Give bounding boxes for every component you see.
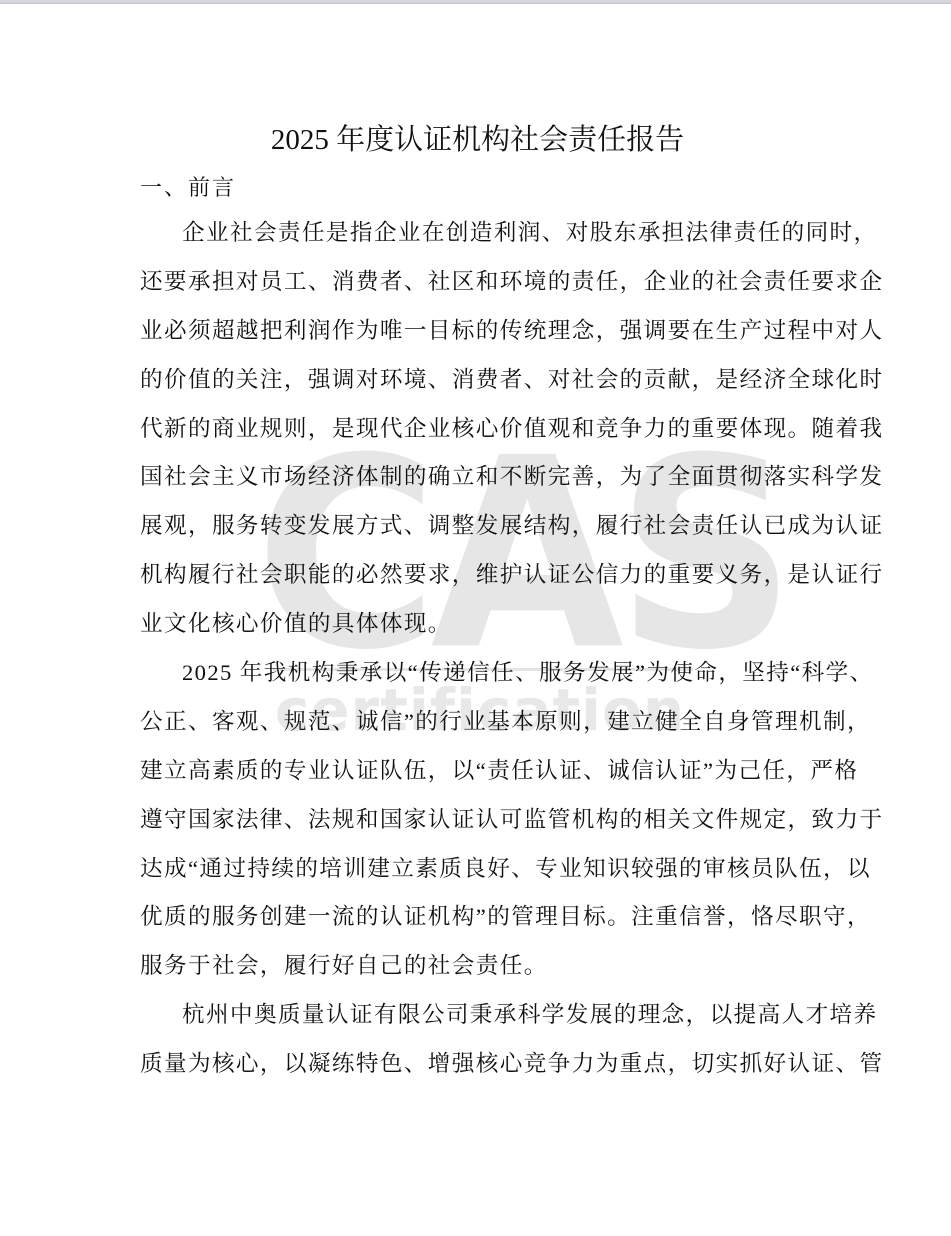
text-line: 机构履行社会职能的必然要求，维护认证公信力的重要义务，是认证行 — [140, 551, 815, 600]
text-line: 业必须超越把利润作为唯一目标的传统理念，强调要在生产过程中对人 — [140, 307, 815, 356]
text-line: 国社会主义市场经济体制的确立和不断完善，为了全面贯彻落实科学发 — [140, 453, 815, 502]
text-line: 质量为核心，以凝练特色、增强核心竞争力为重点，切实抓好认证、管 — [140, 1040, 815, 1089]
paragraph-2: 2025 年我机构秉承以“传递信任、服务发展”为使命，坚持“科学、 公正、客观、… — [140, 649, 815, 991]
text-line: 优质的服务创建一流的认证机构”的管理目标。注重信誉，恪尽职守， — [140, 893, 815, 942]
text-line: 达成“通过持续的培训建立素质良好、专业知识较强的审核员队伍，以 — [140, 845, 815, 894]
window-top-border — [0, 0, 951, 4]
text-line: 建立高素质的专业认证队伍，以“责任认证、诚信认证”为己任，严格 — [140, 747, 815, 796]
text-line: 代新的商业规则，是现代企业核心价值观和竞争力的重要体现。随着我 — [140, 405, 815, 454]
text-line: 的价值的关注，强调对环境、消费者、对社会的贡献，是经济全球化时 — [140, 356, 815, 405]
text-line: 公正、客观、规范、诚信”的行业基本原则，建立健全自身管理机制， — [140, 698, 815, 747]
section-heading-preface: 一、前言 — [140, 171, 236, 205]
document-title: 2025 年度认证机构社会责任报告 — [140, 120, 815, 160]
text-line: 杭州中奥质量认证有限公司秉承科学发展的理念，以提高人才培养 — [140, 991, 815, 1040]
paragraph-3: 杭州中奥质量认证有限公司秉承科学发展的理念，以提高人才培养 质量为核心，以凝练特… — [140, 991, 815, 1089]
text-line: 遵守国家法律、法规和国家认证认可监管机构的相关文件规定，致力于 — [140, 796, 815, 845]
text-line: 还要承担对员工、消费者、社区和环境的责任，企业的社会责任要求企 — [140, 258, 815, 307]
text-line: 业文化核心价值的具体体现。 — [140, 600, 815, 649]
text-line: 服务于社会，履行好自己的社会责任。 — [140, 942, 815, 991]
text-line: 企业社会责任是指企业在创造利润、对股东承担法律责任的同时， — [140, 209, 815, 258]
text-line: 2025 年我机构秉承以“传递信任、服务发展”为使命，坚持“科学、 — [140, 649, 815, 698]
paragraph-1: 企业社会责任是指企业在创造利润、对股东承担法律责任的同时， 还要承担对员工、消费… — [140, 209, 815, 649]
text-line: 展观，服务转变发展方式、调整发展结构，履行社会责任认已成为认证 — [140, 502, 815, 551]
